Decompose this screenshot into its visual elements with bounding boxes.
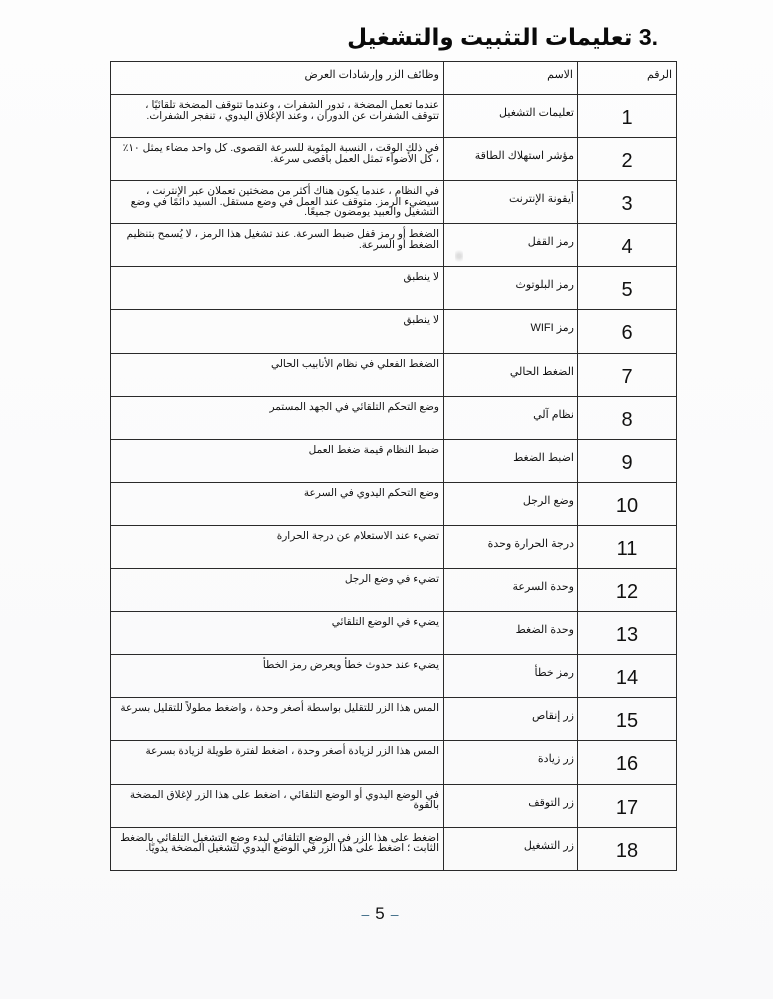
row-description: عندما تعمل المضخة ، تدور الشفرات ، وعندم… xyxy=(111,95,444,138)
row-description: ضبط النظام قيمة ضغط العمل xyxy=(111,439,444,482)
table-row: 16 زر زيادة المس هذا الزر لزيادة أصغر وح… xyxy=(111,741,677,784)
controls-table: الرقم الاسم وظائف الزر وإرشادات العرض 1 … xyxy=(110,61,677,871)
row-number: 9 xyxy=(578,439,677,482)
row-description: الضغط الفعلي في نظام الأنابيب الحالي xyxy=(111,353,444,396)
row-name: وحدة السرعة xyxy=(444,569,578,612)
table-row: 9 اضبط الضغط ضبط النظام قيمة ضغط العمل xyxy=(111,439,677,482)
row-number: 11 xyxy=(578,525,677,568)
row-description: في النظام ، عندما يكون هناك أكثر من مضخت… xyxy=(111,181,444,224)
table-row: 14 رمز خطأ يضيء عند حدوث خطأ ويعرض رمز ا… xyxy=(111,655,677,698)
row-number: 6 xyxy=(578,310,677,353)
row-name: وضع الرجل xyxy=(444,482,578,525)
row-name: زر التوقف xyxy=(444,784,578,827)
table-header-row: الرقم الاسم وظائف الزر وإرشادات العرض xyxy=(111,62,677,95)
row-number: 5 xyxy=(578,267,677,310)
header-description: وظائف الزر وإرشادات العرض xyxy=(111,62,444,95)
row-number: 2 xyxy=(578,138,677,181)
table-row: 17 زر التوقف في الوضع اليدوي أو الوضع ال… xyxy=(111,784,677,827)
row-number: 13 xyxy=(578,612,677,655)
row-number: 1 xyxy=(578,95,677,138)
table-row: 1 تعليمات التشغيل عندما تعمل المضخة ، تد… xyxy=(111,95,677,138)
row-description: لا ينطبق xyxy=(111,310,444,353)
row-name: درجة الحرارة وحدة xyxy=(444,525,578,568)
header-name: الاسم xyxy=(444,62,578,95)
table-row: 3 أيقونة الإنترنت في النظام ، عندما يكون… xyxy=(111,181,677,224)
row-name: زر زيادة xyxy=(444,741,578,784)
page-number-dash-left: – xyxy=(355,906,375,922)
row-name: مؤشر استهلاك الطاقة xyxy=(444,138,578,181)
section-number: 3. xyxy=(639,24,658,50)
section-title-text: تعليمات التثبيت والتشغيل xyxy=(347,24,632,50)
row-name: رمز البلوتوث xyxy=(444,267,578,310)
header-number: الرقم xyxy=(578,62,677,95)
row-description: لا ينطبق xyxy=(111,267,444,310)
row-name: رمز خطأ xyxy=(444,655,578,698)
row-number: 15 xyxy=(578,698,677,741)
table-row: 11 درجة الحرارة وحدة تضيء عند الاستعلام … xyxy=(111,525,677,568)
row-name: وحدة الضغط xyxy=(444,612,578,655)
page-number: –5– xyxy=(350,904,410,924)
row-description: المس هذا الزر لزيادة أصغر وحدة ، اضغط لف… xyxy=(111,741,444,784)
row-description: في الوضع اليدوي أو الوضع التلقائي ، اضغط… xyxy=(111,784,444,827)
row-name: نظام آلي xyxy=(444,396,578,439)
row-number: 7 xyxy=(578,353,677,396)
row-name: رمز القفل xyxy=(444,224,578,267)
row-name: أيقونة الإنترنت xyxy=(444,181,578,224)
row-name: زر التشغيل xyxy=(444,827,578,870)
row-number: 8 xyxy=(578,396,677,439)
row-description: يضيء عند حدوث خطأ ويعرض رمز الخطأ xyxy=(111,655,444,698)
table-row: 5 رمز البلوتوث لا ينطبق xyxy=(111,267,677,310)
table-row: 4 رمز القفل الضغط أو رمز قفل ضبط السرعة.… xyxy=(111,224,677,267)
row-name: اضبط الضغط xyxy=(444,439,578,482)
row-name: الضغط الحالي xyxy=(444,353,578,396)
row-number: 4 xyxy=(578,224,677,267)
row-description: تضيء عند الاستعلام عن درجة الحرارة xyxy=(111,525,444,568)
table-row: 13 وحدة الضغط يضيء في الوضع التلقائي xyxy=(111,612,677,655)
row-name: زر إنقاص xyxy=(444,698,578,741)
row-number: 16 xyxy=(578,741,677,784)
row-number: 12 xyxy=(578,569,677,612)
row-number: 18 xyxy=(578,827,677,870)
row-number: 10 xyxy=(578,482,677,525)
page-number-dash-right: – xyxy=(385,906,405,922)
row-description: الضغط أو رمز قفل ضبط السرعة. عند تشغيل ه… xyxy=(111,224,444,267)
row-description: المس هذا الزر للتقليل بواسطة أصغر وحدة ،… xyxy=(111,698,444,741)
row-name: رمز WIFI xyxy=(444,310,578,353)
scan-artifact xyxy=(455,248,463,264)
table-row: 6 رمز WIFI لا ينطبق xyxy=(111,310,677,353)
row-name: تعليمات التشغيل xyxy=(444,95,578,138)
table-row: 10 وضع الرجل وضع التحكم اليدوي في السرعة xyxy=(111,482,677,525)
table-row: 12 وحدة السرعة تضيء في وضع الرجل xyxy=(111,569,677,612)
row-number: 14 xyxy=(578,655,677,698)
section-heading: 3. تعليمات التثبيت والتشغيل xyxy=(347,24,658,51)
row-description: في ذلك الوقت ، النسبة المئوية للسرعة الق… xyxy=(111,138,444,181)
table-row: 8 نظام آلي وضع التحكم التلقائي في الجهد … xyxy=(111,396,677,439)
table-row: 15 زر إنقاص المس هذا الزر للتقليل بواسطة… xyxy=(111,698,677,741)
table-row: 18 زر التشغيل اضغط على هذا الزر في الوضع… xyxy=(111,827,677,870)
row-description: يضيء في الوضع التلقائي xyxy=(111,612,444,655)
row-description: اضغط على هذا الزر في الوضع التلقائي لبدء… xyxy=(111,827,444,870)
row-number: 17 xyxy=(578,784,677,827)
row-description: وضع التحكم التلقائي في الجهد المستمر xyxy=(111,396,444,439)
page-number-value: 5 xyxy=(375,904,384,923)
table-row: 2 مؤشر استهلاك الطاقة في ذلك الوقت ، الن… xyxy=(111,138,677,181)
row-description: وضع التحكم اليدوي في السرعة xyxy=(111,482,444,525)
row-number: 3 xyxy=(578,181,677,224)
document-page: 3. تعليمات التثبيت والتشغيل الرقم الاسم … xyxy=(0,0,773,999)
row-description: تضيء في وضع الرجل xyxy=(111,569,444,612)
table-row: 7 الضغط الحالي الضغط الفعلي في نظام الأن… xyxy=(111,353,677,396)
